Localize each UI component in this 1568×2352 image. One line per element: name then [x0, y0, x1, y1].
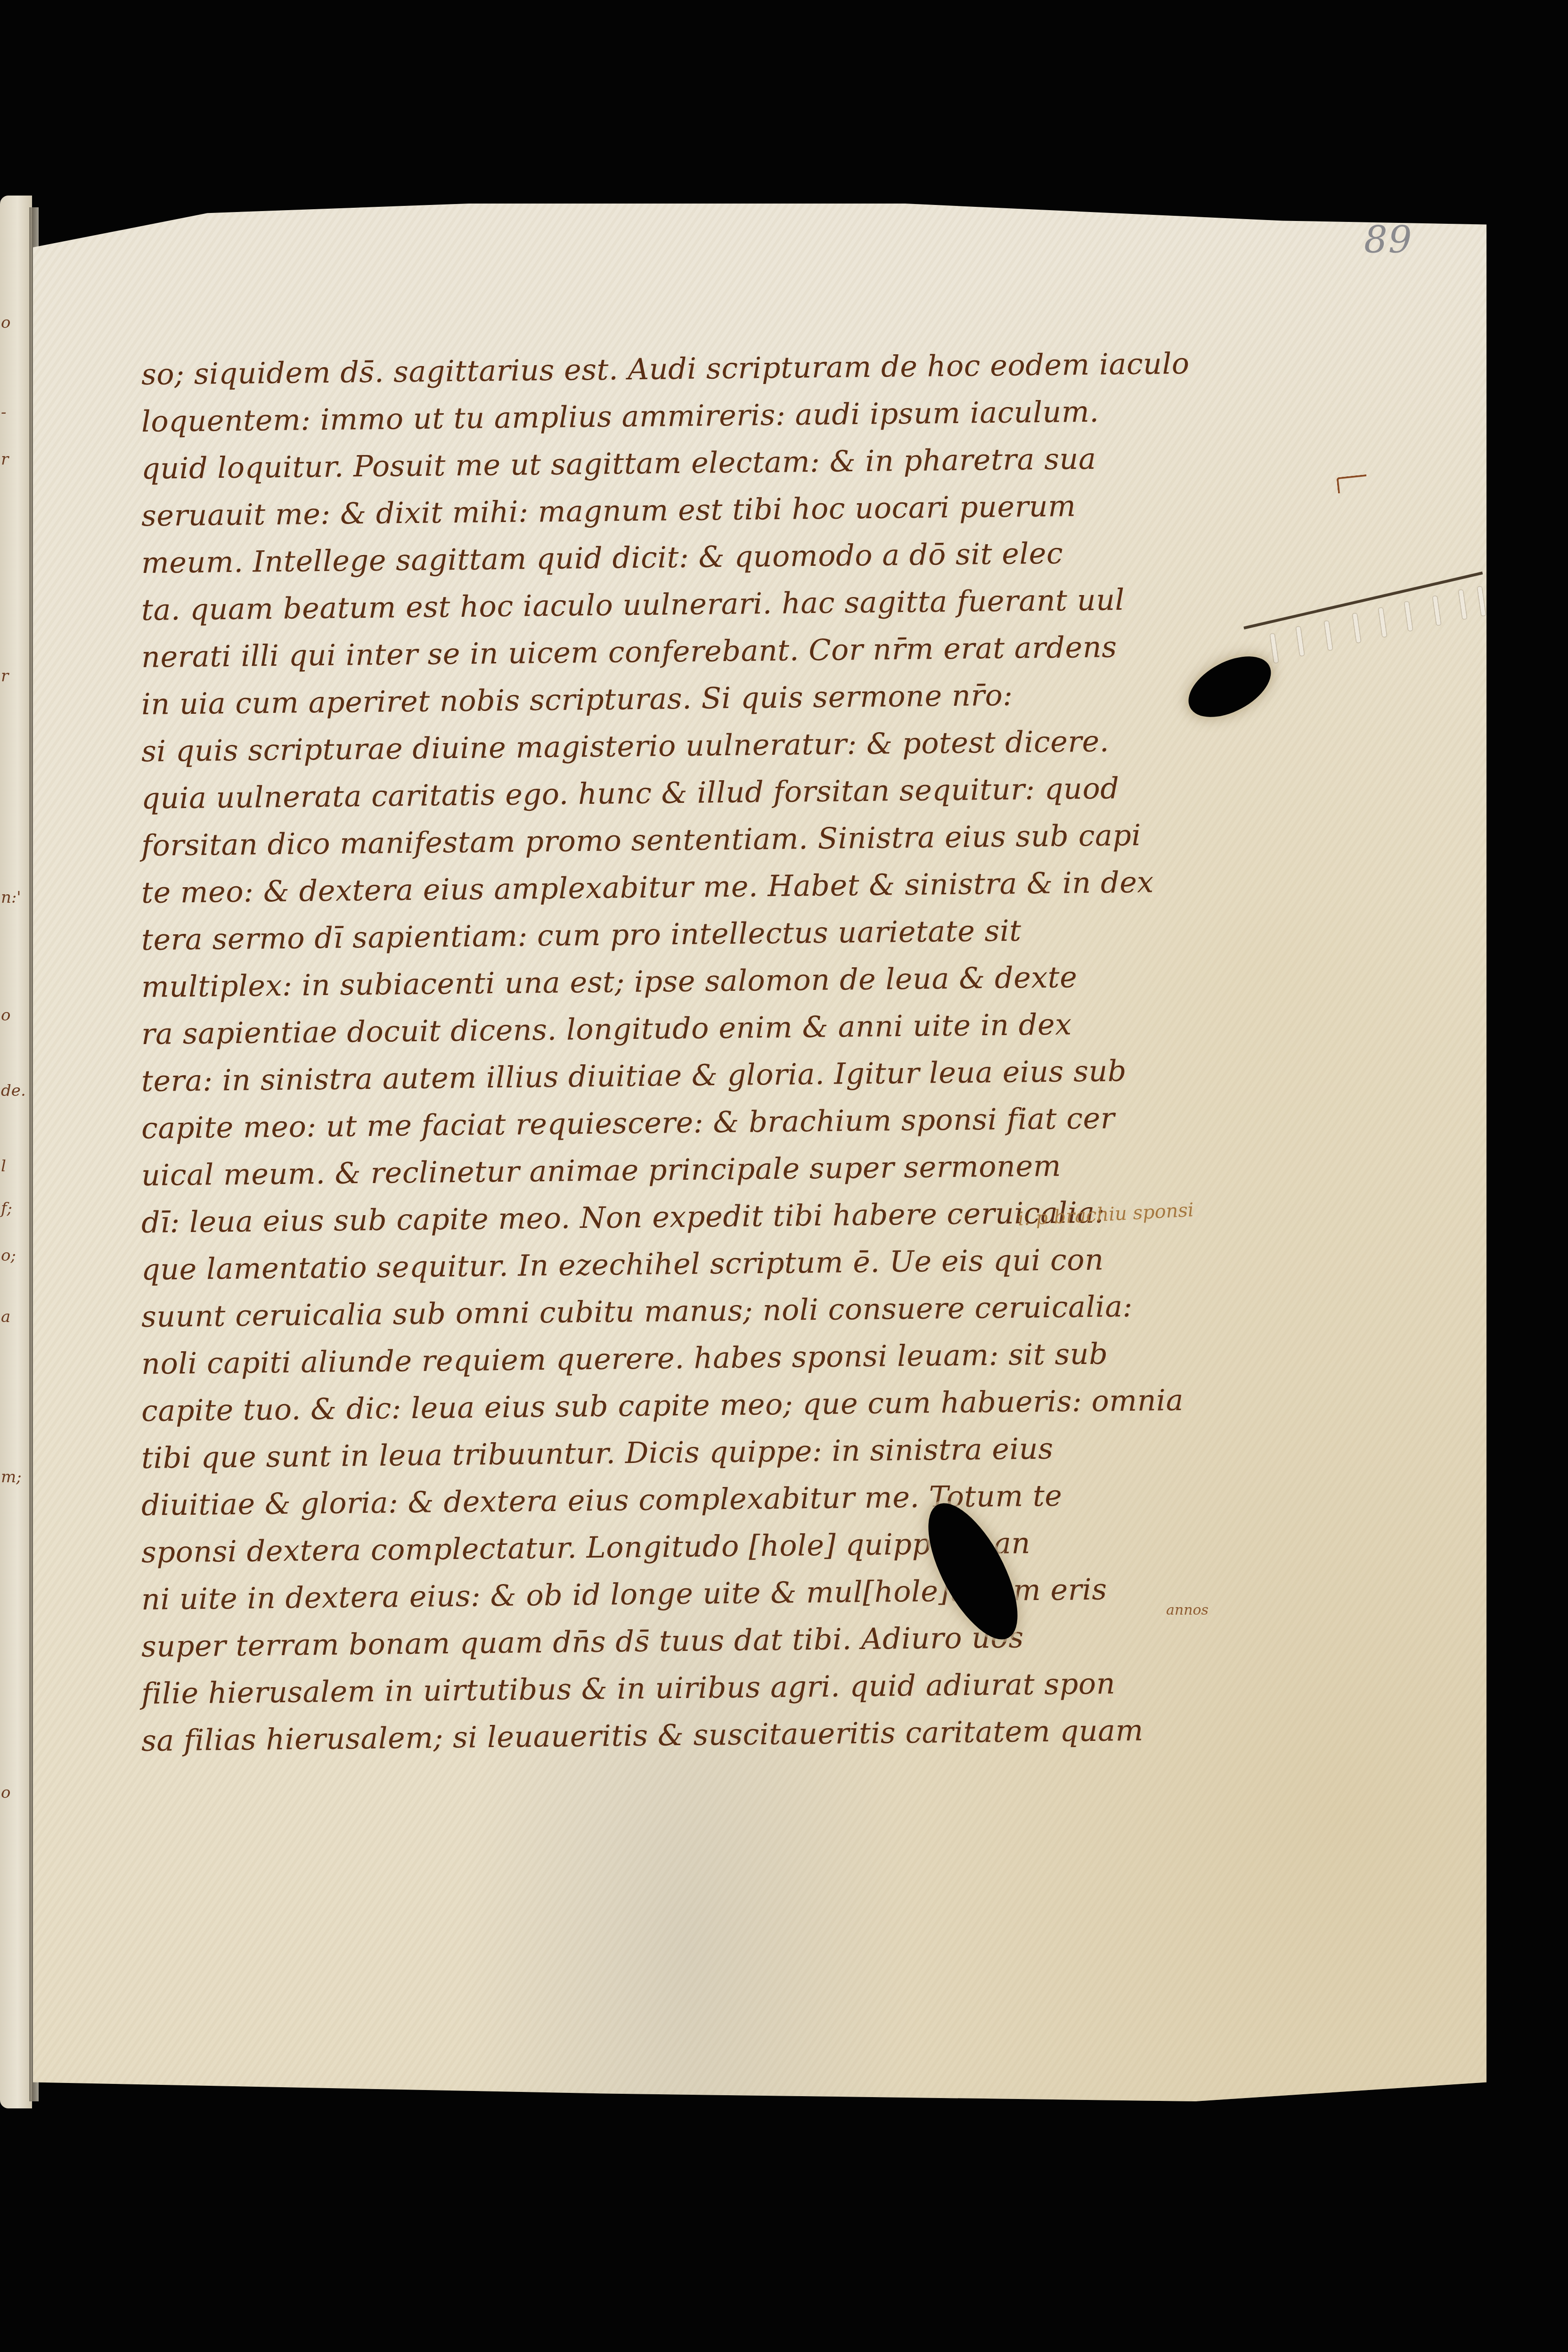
facing-page-edge: o - r r n:' o de. l f; o; a m; o [0, 196, 32, 2108]
facing-page-fragment: o [1, 313, 10, 332]
facing-page-fragment: de. [1, 1081, 26, 1100]
facing-page-fragment: a [1, 1307, 10, 1326]
folio-number: 89 [1364, 219, 1413, 261]
facing-page-fragment: o [1, 1006, 10, 1025]
facing-page-fragment: o [1, 1783, 10, 1802]
facing-page-fragment: f; [1, 1199, 12, 1218]
facing-page-fragment: r [1, 667, 8, 686]
facing-page-fragment: r [1, 450, 8, 469]
facing-page-fragment: o; [1, 1246, 16, 1265]
facing-page-fragment: l [1, 1157, 6, 1176]
facing-page-fragment: n:' [1, 888, 21, 907]
facing-page-fragment: m; [1, 1468, 22, 1486]
main-text-block: so; siquidem ds̄. sagittarius est. Audi … [141, 351, 1282, 1764]
facing-page-fragment: - [1, 403, 7, 422]
interlinear-gloss-annos: annos [1166, 1602, 1209, 1618]
margin-tick-mark [1336, 474, 1368, 494]
